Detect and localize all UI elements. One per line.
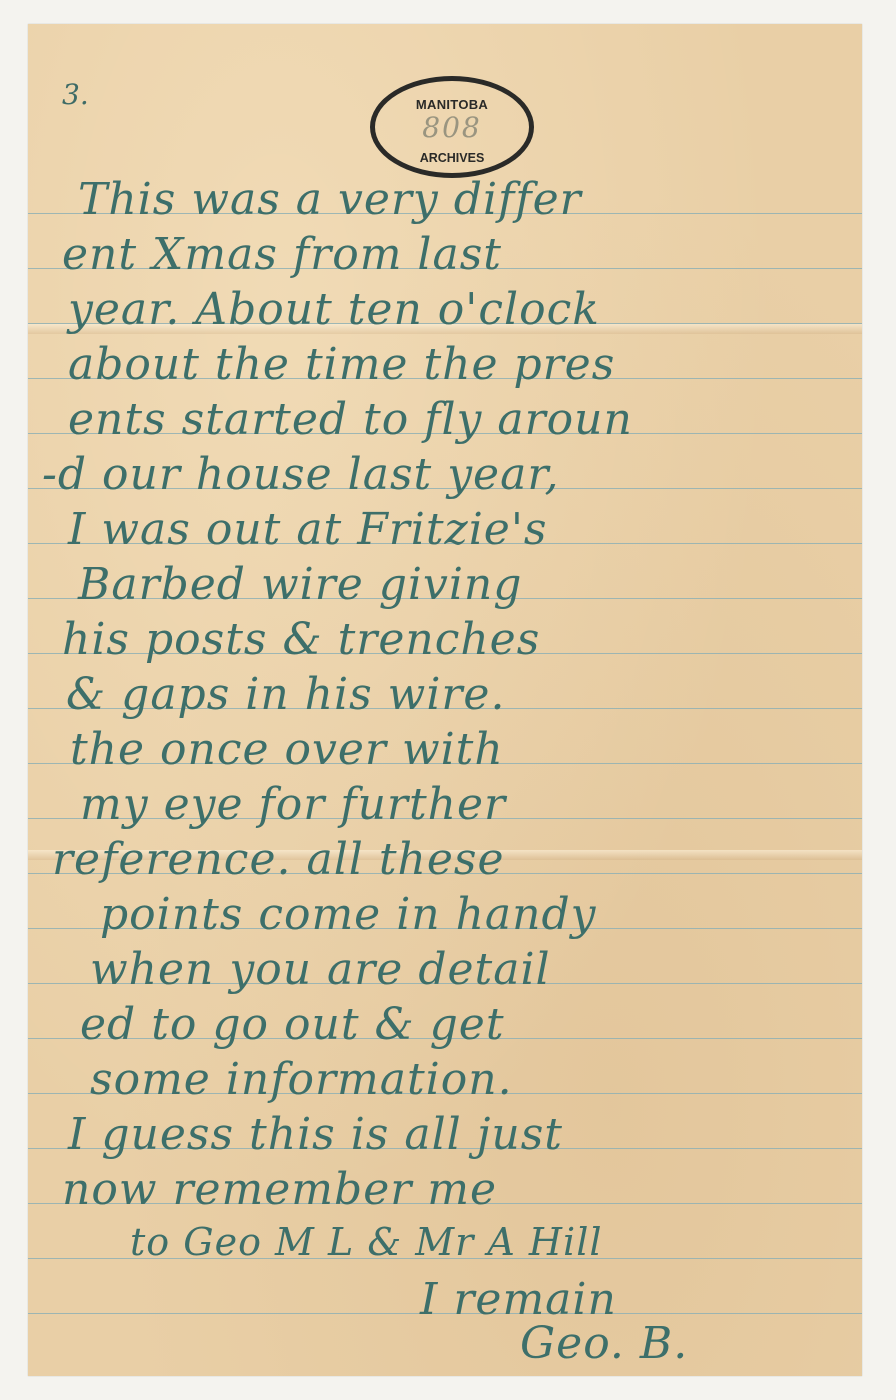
handwritten-line: -d our house last year,	[42, 453, 560, 497]
handwritten-line: about the time the pres	[68, 343, 615, 387]
handwritten-line: points come in handy	[100, 893, 597, 937]
handwritten-line: now remember me	[62, 1168, 497, 1212]
handwritten-line: my eye for further	[80, 783, 506, 827]
handwritten-line: the once over with	[70, 728, 504, 772]
handwritten-line: I guess this is all just	[68, 1113, 563, 1157]
handwritten-line: ed to go out & get	[80, 1003, 505, 1047]
closing-line: to Geo M L & Mr A Hill	[130, 1223, 603, 1261]
handwritten-line: reference. all these	[52, 838, 505, 882]
handwritten-line: Barbed wire giving	[78, 563, 522, 607]
handwritten-line: & gaps in his wire.	[66, 673, 505, 717]
handwritten-line: year. About ten o'clock	[68, 288, 600, 332]
stamp-catalog-number: 808	[375, 111, 529, 144]
handwritten-line: his posts & trenches	[62, 618, 540, 662]
page-number: 3.	[62, 78, 89, 111]
handwritten-line: when you are detail	[90, 948, 551, 992]
handwritten-line: I was out at Fritzie's	[68, 508, 548, 552]
handwritten-line: ent Xmas from last	[62, 233, 502, 277]
handwritten-line: This was a very differ	[78, 178, 582, 222]
handwritten-line: ents started to fly aroun	[68, 398, 633, 442]
stamp-institution: MANITOBA	[375, 97, 529, 112]
handwritten-line: some information.	[90, 1058, 513, 1102]
signature: Geo. B.	[520, 1322, 688, 1366]
archives-stamp: MANITOBA 808 ARCHIVES	[370, 76, 534, 178]
stamp-label: ARCHIVES	[375, 151, 529, 165]
closing-salutation: I remain	[420, 1278, 617, 1322]
